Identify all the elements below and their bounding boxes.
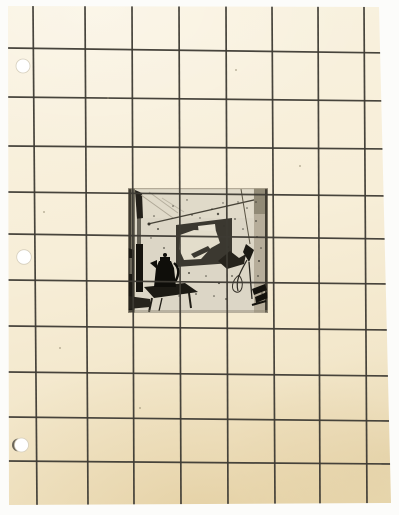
punch-hole (17, 250, 32, 265)
artwork-svg (8, 6, 391, 505)
photo-speckle (255, 201, 257, 203)
grid-line-vertical (85, 6, 88, 505)
grid-line-horizontal (8, 461, 391, 464)
paper-speck (139, 407, 141, 409)
grid-line-horizontal (8, 146, 391, 149)
photo-speckle (199, 217, 200, 218)
photo-speckle (261, 292, 263, 294)
door-frame-bar (137, 218, 141, 246)
photo-speckle (172, 205, 174, 207)
wire-end-hook (148, 223, 151, 226)
grid-line-horizontal (8, 372, 391, 376)
photo-speckle (163, 247, 165, 249)
photo-speckle (222, 202, 223, 203)
grid-line-horizontal (8, 97, 391, 101)
photo-speckle (153, 215, 155, 217)
photo-speckle (260, 247, 262, 249)
photo-speckle (237, 201, 238, 202)
photo-speckle (205, 275, 207, 277)
paper-speck (59, 347, 61, 349)
photo-speckle (234, 218, 236, 220)
window-slit (130, 258, 133, 274)
collaged-photograph (128, 188, 268, 313)
grid-line-vertical (364, 6, 367, 505)
grid-line-vertical (132, 6, 134, 505)
photo-speckle (258, 260, 260, 262)
photo-speckle (186, 199, 187, 200)
photo-speckle (255, 220, 257, 222)
right-wall-band-top (254, 188, 266, 214)
photo-speckle (150, 237, 151, 238)
grid-line-vertical (179, 6, 181, 505)
photo-speckle (217, 213, 219, 215)
coffee-pot-waist (156, 261, 174, 268)
grid-line-horizontal (8, 417, 391, 421)
paper-speck (235, 69, 237, 71)
grid-line-horizontal (8, 326, 391, 330)
paper-speck (299, 165, 301, 167)
paper-speck (43, 211, 45, 213)
photo-speckle (223, 225, 224, 226)
grid-line-vertical (272, 6, 275, 505)
coffee-pot-lid (160, 257, 170, 262)
paper-speck (107, 97, 109, 99)
grid-line-vertical (318, 6, 320, 505)
grid-line-vertical (226, 6, 228, 505)
grid-line-vertical (33, 6, 37, 505)
photo-speckle (242, 228, 244, 230)
photo-speckle (195, 293, 197, 295)
photo-speckle (191, 214, 193, 216)
photo-speckle (231, 275, 233, 277)
photo-speckle (257, 275, 259, 277)
punch-hole (16, 59, 30, 73)
grid-line-horizontal (8, 48, 391, 53)
photo-speckle (246, 207, 248, 209)
photo-speckle (188, 272, 190, 274)
black-upright-bar (136, 244, 143, 292)
notebook-page (8, 6, 391, 505)
photo-speckle (211, 208, 213, 210)
coffee-pot-body (154, 268, 176, 287)
punch-hole (15, 438, 29, 452)
coffee-pot-knob (163, 253, 167, 257)
photo-speckle (213, 295, 215, 297)
photo-speckle (157, 228, 159, 230)
scan-background (0, 0, 399, 515)
